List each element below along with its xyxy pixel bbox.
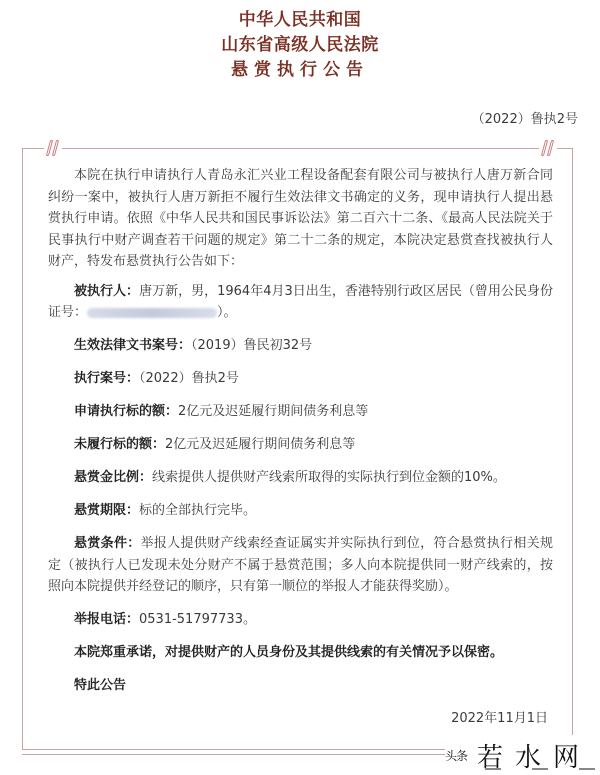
item-label: 悬赏条件： [74,536,141,551]
notice-body: 本院在执行申请执行人青岛永汇兴业工程设备配套有限公司与被执行人唐万新合同纠纷一案… [48,165,553,708]
frame-bottom-double-line [22,754,452,755]
item-label: 申请执行标的额： [74,404,178,419]
paperclip-icon [539,140,557,156]
item-unfulfilled-amount: 未履行标的额：2亿元及迟延履行期间债务利息等 [48,434,553,456]
notice-header: 中华人民共和国 山东省高级人民法院 悬赏执行公告 [0,8,600,83]
item-execution-case-no: 执行案号：（2022）鲁执2号 [48,368,553,390]
country-title: 中华人民共和国 [0,8,600,33]
watermark-subtext [485,768,595,771]
case-number: （2022）鲁执2号 [472,108,578,127]
item-label: 执行案号： [74,371,139,386]
item-respondent: 被执行人：唐万新，男，1964年4月3日出生，香港特别行政区居民（曾用公民身份证… [48,281,553,324]
item-value: （2022）鲁执2号 [139,371,239,386]
item-value: 标的全部执行完毕。 [139,503,256,518]
report-phone-number: 0531-51797733。 [139,612,256,627]
notice-title: 悬赏执行公告 [0,58,600,83]
item-reward-conditions: 悬赏条件：举报人提供财产线索经查证属实并实际执行到位，符合悬赏执行相关规定（被执… [48,533,553,598]
item-label: 悬赏金比例： [74,470,152,485]
item-value: （2019）鲁民初32号 [191,338,312,353]
item-value: 2亿元及迟延履行期间债务利息等 [178,404,368,419]
court-name: 山东省高级人民法院 [0,33,600,58]
item-label: 悬赏期限： [74,503,139,518]
item-label: 被执行人： [74,284,139,299]
item-report-phone: 举报电话：0531-51797733。 [48,609,553,631]
intro-paragraph: 本院在执行申请执行人青岛永汇兴业工程设备配套有限公司与被执行人唐万新合同纠纷一案… [48,165,553,273]
item-label: 未履行标的额： [74,437,165,452]
item-value-suffix: ）。 [217,305,237,320]
item-judgment-case-no: 生效法律文书案号：（2019）鲁民初32号 [48,335,553,357]
redacted-id-number [87,308,217,318]
item-label: 举报电话： [74,612,139,627]
item-applied-amount: 申请执行标的额：2亿元及迟延履行期间债务利息等 [48,401,553,423]
item-reward-ratio: 悬赏金比例：线索提供人提供财产线索所取得的实际执行到位金额的10%。 [48,467,553,489]
notice-date: 2022年11月1日 [451,707,548,726]
item-value: 2亿元及迟延履行期间债务利息等 [165,437,355,452]
confidentiality-promise: 本院郑重承诺，对提供财产的人员身份及其提供线索的有关情况予以保密。 [48,642,553,664]
paperclip-icon [44,140,62,156]
watermark: 头条 若 水 网 [445,735,600,775]
item-value: 线索提供人提供财产线索所取得的实际执行到位金额的10%。 [152,470,506,485]
watermark-toutiao-logo: 头条 [445,747,467,764]
item-reward-period: 悬赏期限：标的全部执行完毕。 [48,500,553,522]
item-label: 生效法律文书案号： [74,338,191,353]
closing-text: 特此公告 [48,675,553,697]
